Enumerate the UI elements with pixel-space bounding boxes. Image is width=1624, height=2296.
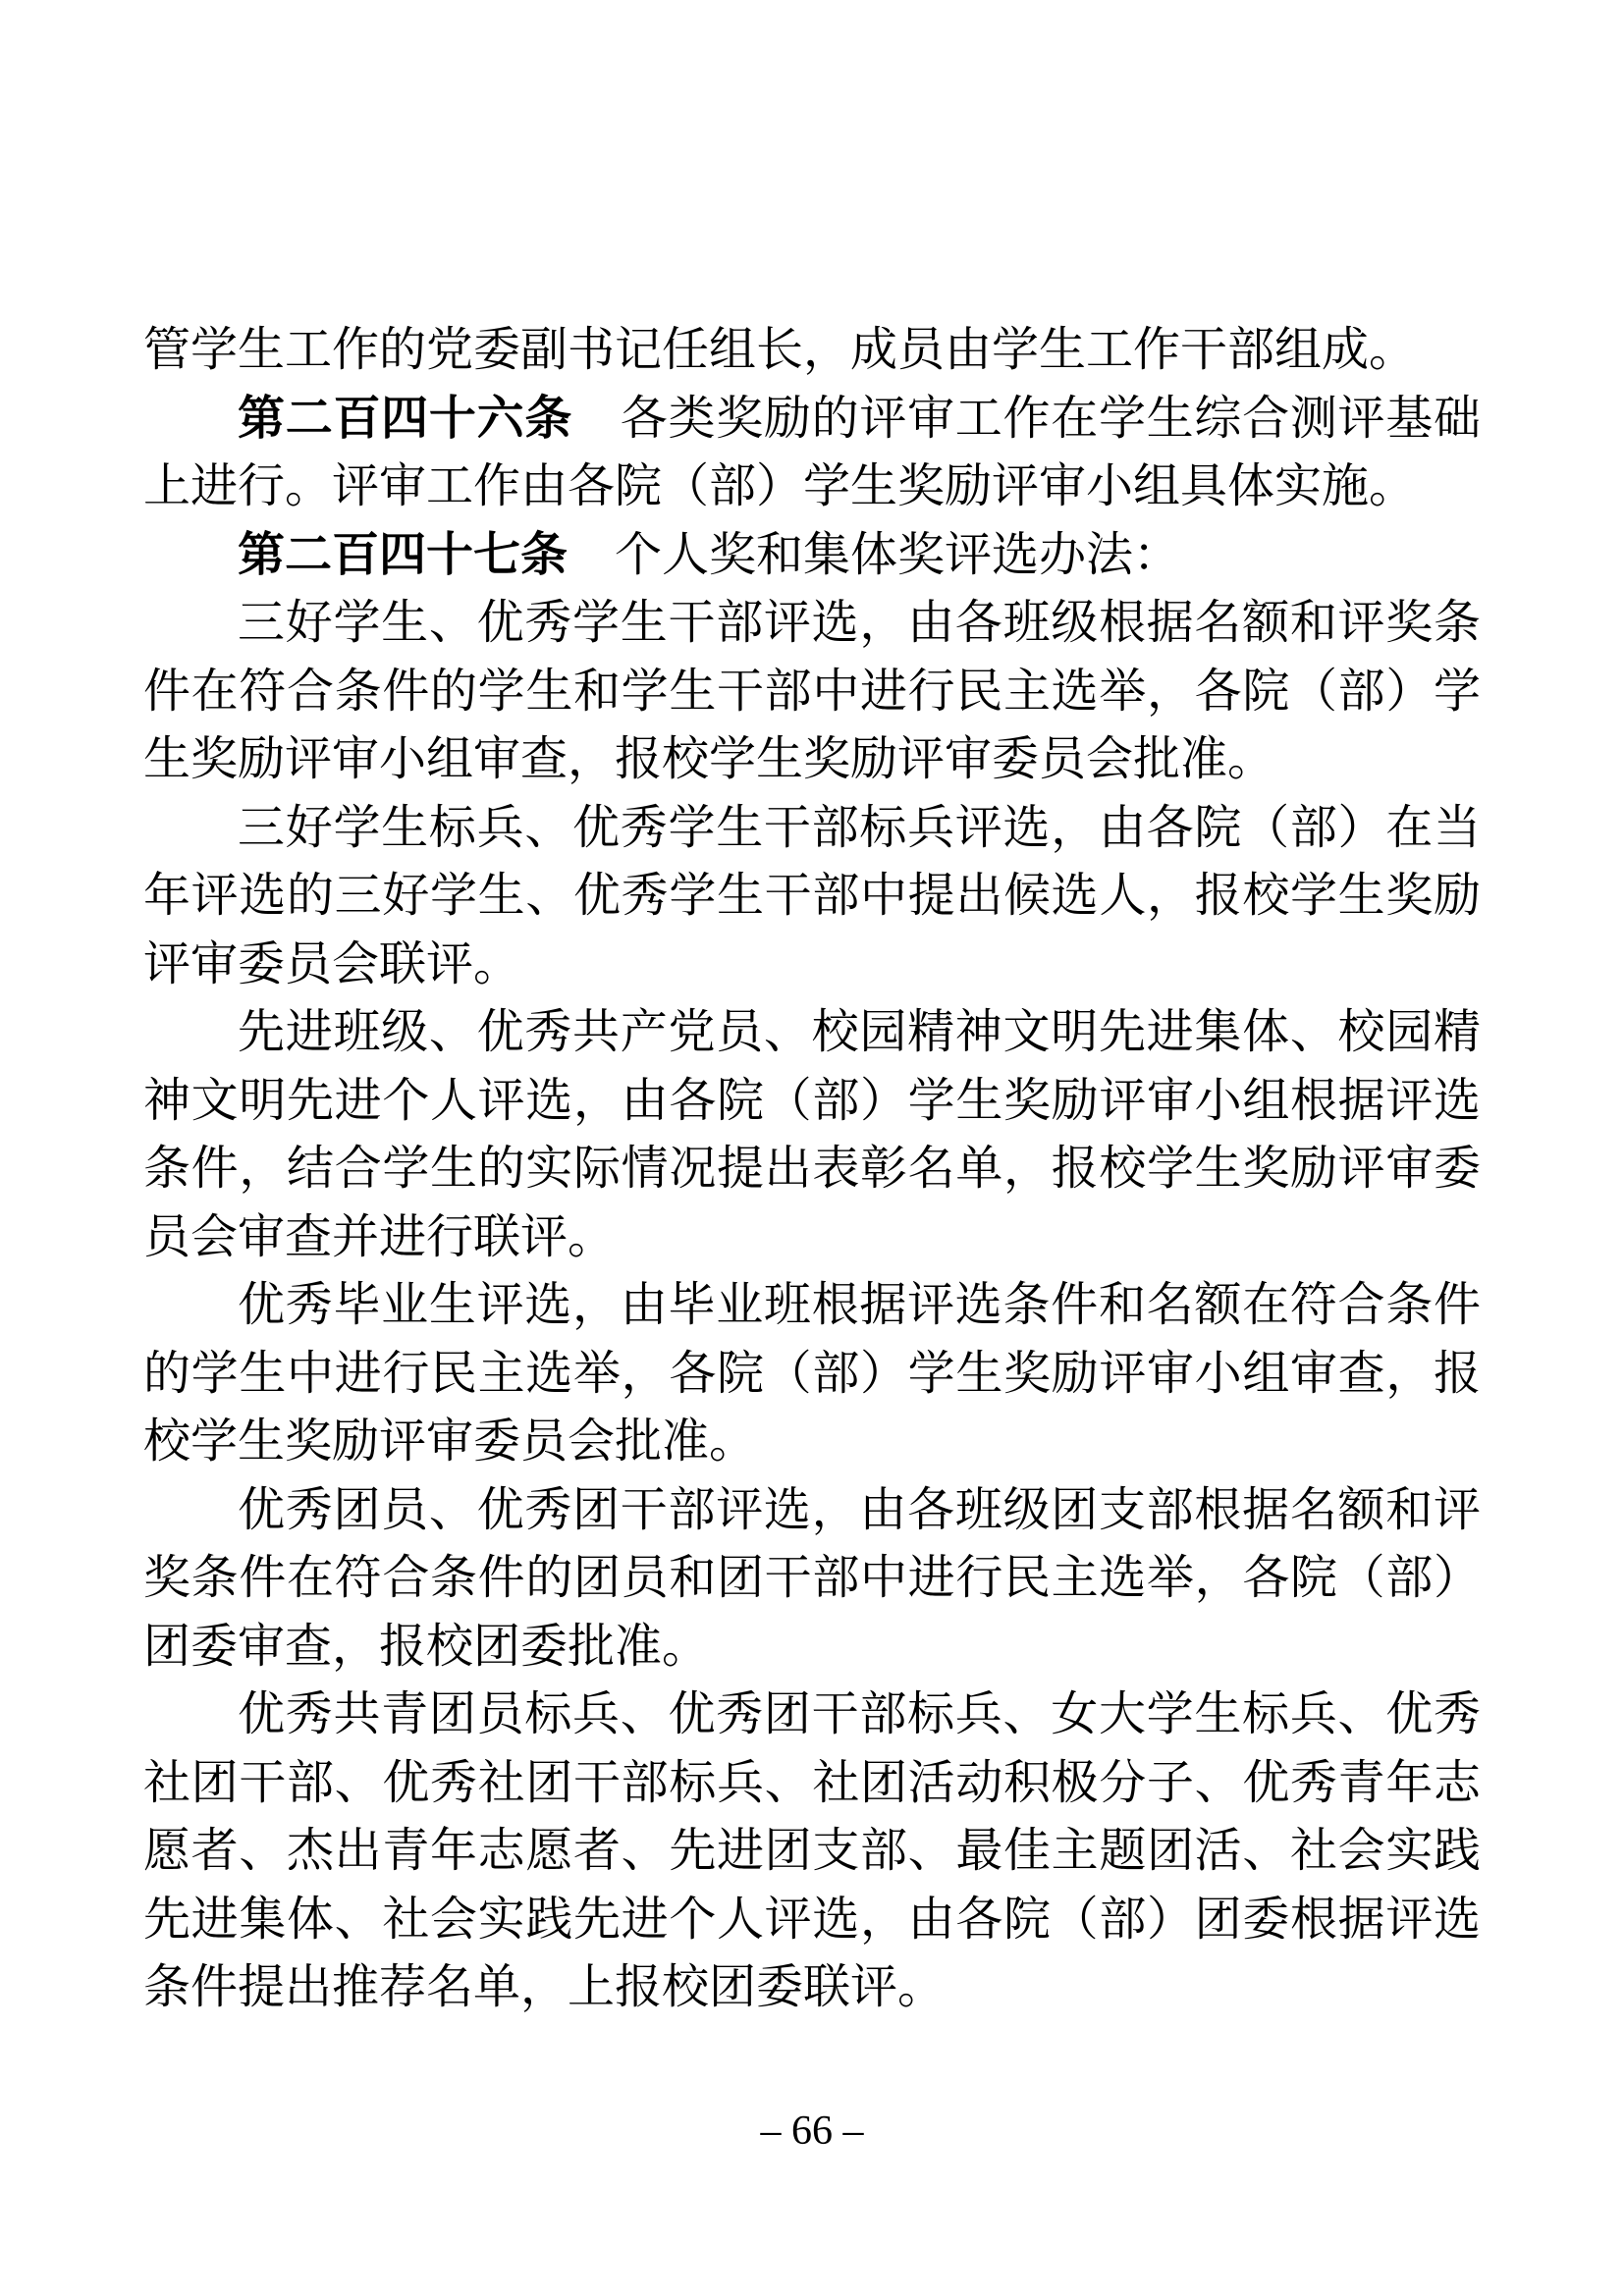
paragraph-article-247: 第二百四十七条 个人奖和集体奖评选办法： (143, 521, 1481, 590)
paragraph-sanhao-students: 三好学生、优秀学生干部评选，由各班级根据名额和评奖条件在符合条件的学生和学生干部… (143, 589, 1481, 794)
page-number: – 66 – (761, 2109, 864, 2154)
paragraph-advanced-class: 先进班级、优秀共产党员、校园精神文明先进集体、校园精神文明先进个人评选，由各院（… (143, 998, 1481, 1271)
paragraph-league-members: 优秀团员、优秀团干部评选，由各班级团支部根据名额和评奖条件在符合条件的团员和团干… (143, 1476, 1481, 1682)
paragraph-continuation: 管学生工作的党委副书记任组长，成员由学生工作干部组成。 (143, 316, 1481, 385)
article-247-text: 个人奖和集体奖评选办法： (568, 529, 1180, 581)
article-246-number: 第二百四十六条 (238, 393, 572, 445)
paragraph-article-246: 第二百四十六条 各类奖励的评审工作在学生综合测评基础上进行。评审工作由各院（部）… (143, 385, 1481, 521)
article-247-number: 第二百四十七条 (238, 529, 568, 581)
document-page: 管学生工作的党委副书记任组长，成员由学生工作干部组成。 第二百四十六条 各类奖励… (0, 0, 1624, 2296)
body-text: 管学生工作的党委副书记任组长，成员由学生工作干部组成。 第二百四十六条 各类奖励… (143, 316, 1481, 2022)
page-footer: – 66 – (0, 2107, 1624, 2156)
paragraph-sanhao-pacesetters: 三好学生标兵、优秀学生干部标兵评选，由各院（部）在当年评选的三好学生、优秀学生干… (143, 794, 1481, 999)
paragraph-outstanding-graduates: 优秀毕业生评选，由毕业班根据评选条件和名额在符合条件的学生中进行民主选举，各院（… (143, 1271, 1481, 1476)
paragraph-league-pacesetters: 优秀共青团员标兵、优秀团干部标兵、女大学生标兵、优秀社团干部、优秀社团干部标兵、… (143, 1681, 1481, 2022)
